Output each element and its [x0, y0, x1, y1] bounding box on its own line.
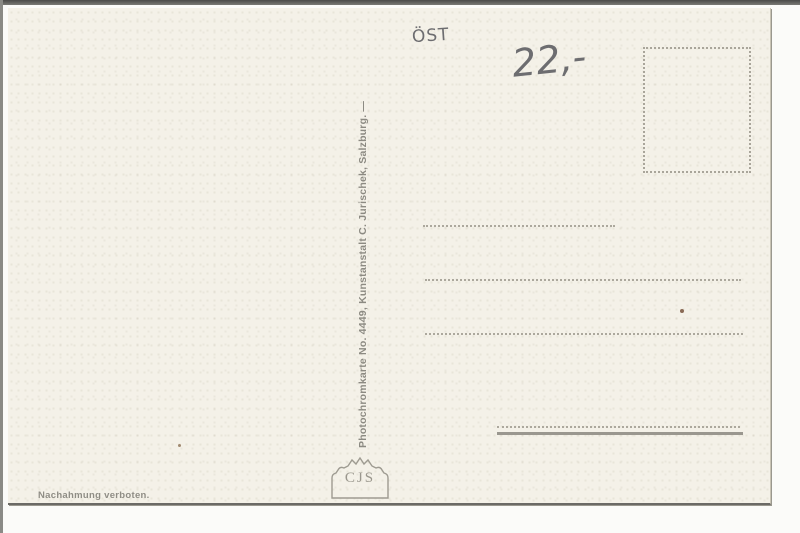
address-underline-bar	[497, 432, 743, 435]
stain-speck	[178, 444, 181, 447]
address-line-4	[497, 426, 740, 428]
stain-speck	[680, 309, 684, 313]
address-line-1	[423, 225, 615, 227]
publisher-logo: CJS	[330, 456, 390, 500]
scan-edge-top	[0, 0, 800, 5]
scan-edge-left	[0, 0, 3, 533]
handwritten-price: 22,-	[510, 34, 588, 86]
publisher-imprint: Photochromkarte No. 4449, Kunstanstalt C…	[357, 101, 369, 448]
address-line-2	[425, 279, 741, 281]
address-line-3	[425, 333, 743, 335]
stamp-box	[643, 47, 751, 173]
handwritten-country-code: ÖST	[411, 25, 450, 48]
copyright-notice: Nachahmung verboten.	[38, 490, 150, 501]
publisher-monogram: CJS	[330, 470, 390, 487]
